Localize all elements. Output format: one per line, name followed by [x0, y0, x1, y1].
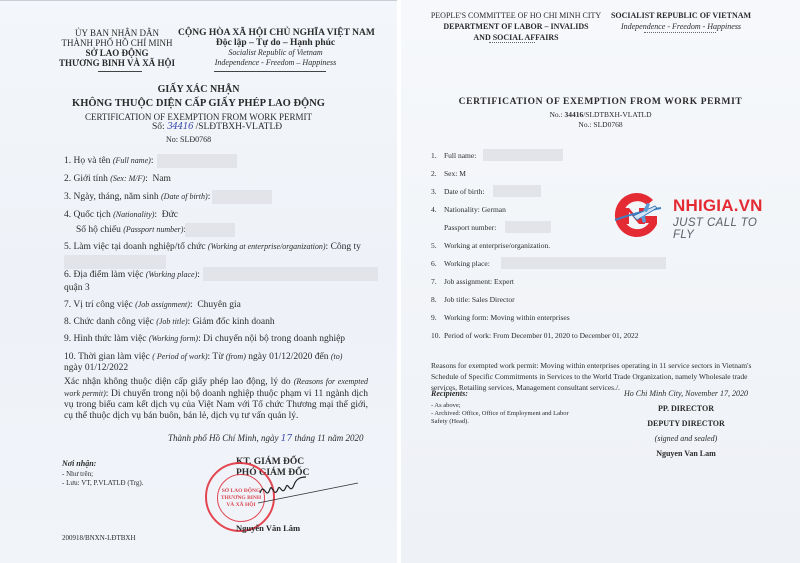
- document-title-en: CERTIFICATION OF EXEMPTION FROM WORK PER…: [0, 112, 397, 122]
- redacted-passport-number: [505, 221, 551, 233]
- english-certificate-page: PEOPLE'S COMMITTEE OF HO CHI MINH CITY D…: [401, 0, 800, 563]
- signer-note: (signed and sealed): [601, 434, 771, 443]
- motto: Độc lập – Tự do – Hạnh phúc: [178, 38, 373, 48]
- issuer-line: SỞ LAO ĐỘNG: [52, 48, 182, 58]
- redacted-date-of-birth: [212, 190, 272, 204]
- field-working-form: 9.Working form: Moving within enterprise…: [431, 313, 570, 322]
- issuer-header-en: PEOPLE'S COMMITTEE OF HO CHI MINH CITY D…: [421, 10, 611, 43]
- exemption-reason: Xác nhận không thuộc diện cấp giấy phép …: [64, 376, 368, 422]
- header-underline: [98, 71, 142, 72]
- national-motto-en: SOCIALIST REPUBLIC OF VIETNAM Independen…: [606, 10, 756, 32]
- reference-code: 200918/BNXN-LĐTBXH: [62, 534, 136, 542]
- field-working-place: 6.Working place:: [431, 259, 490, 268]
- redacted-passport-number: [185, 223, 235, 237]
- recipient-item: - As above;: [431, 402, 571, 410]
- field-working-place: 6. Địa điểm làm việc (Working place):: [64, 270, 200, 280]
- country-name: CỘNG HÒA XÃ HỘI CHỦ NGHĨA VIỆT NAM: [178, 28, 373, 38]
- brand-tagline: JUST CALL TO FLY: [673, 217, 769, 241]
- issuer-line: THƯƠNG BINH VÀ XÃ HỘI: [52, 58, 182, 68]
- field-passport-number: Số hộ chiếu (Passport number):: [76, 225, 186, 235]
- country-name-en: Socialist Republic of Vietnam: [178, 48, 373, 58]
- signer-name: Nguyen Van Lam: [601, 449, 771, 458]
- document-subtitle: KHÔNG THUỘC DIỆN CẤP GIẤY PHÉP LAO ĐỘNG: [0, 98, 397, 109]
- field-date-of-birth: 3. Ngày, tháng, năm sinh (Date of birth)…: [64, 192, 210, 202]
- field-job-title: 8.Job title: Sales Director: [431, 295, 515, 304]
- header-divider: [644, 32, 716, 33]
- field-enterprise: 5.Working at enterprise/organization.: [431, 241, 550, 250]
- issue-date-line: Thành phố Hồ Chí Minh, ngày 17 tháng 11 …: [168, 433, 364, 444]
- field-job-assignment: 7. Vị trí công việc (Job assignment): Ch…: [64, 300, 241, 310]
- issuer-line: PEOPLE'S COMMITTEE OF HO CHI MINH CITY: [421, 10, 611, 21]
- brand-name: NHIGIA.VN: [673, 196, 763, 216]
- motto: Independence - Freedom - Happiness: [606, 21, 756, 32]
- handwritten-day: 17: [281, 434, 292, 444]
- recipient-item: - Archived: Office, Office of Employment…: [431, 410, 571, 426]
- country-name: SOCIALIST REPUBLIC OF VIETNAM: [606, 10, 756, 21]
- field-date-of-birth: 3.Date of birth:: [431, 187, 484, 196]
- nhigia-logo: NHIGIA.VN JUST CALL TO FLY: [609, 190, 769, 242]
- document-code: No: SLĐ0768: [166, 135, 211, 144]
- field-enterprise: 5. Làm việc tại doanh nghiệp/tổ chức (Wo…: [64, 242, 361, 252]
- field-working-form: 9. Hình thức làm việc (Working form): Di…: [64, 334, 345, 344]
- redacted-full-name: [157, 154, 237, 168]
- field-sex: 2.Sex: M: [431, 169, 466, 178]
- signature-icon: [250, 471, 360, 511]
- recipient-item: - Lưu: VT, P.VLATLĐ (Trg).: [62, 479, 144, 487]
- document-code: No.: SLD0768: [401, 120, 800, 129]
- national-motto-vi: CỘNG HÒA XÃ HỘI CHỦ NGHĨA VIỆT NAM Độc l…: [178, 28, 373, 68]
- recipient-item: - Như trên;: [62, 470, 93, 478]
- field-nationality: 4.Nationality: German: [431, 205, 506, 214]
- document-number: No.: 34416/SLDTBXH-VLATLD: [401, 110, 800, 119]
- redacted-full-name: [483, 149, 563, 161]
- issuer-line: DEPARTMENT OF LABOR – INVALIDS: [421, 21, 611, 32]
- field-passport-number: Passport number:: [444, 223, 496, 232]
- issuer-header-vi: ỦY BAN NHÂN DÂN THÀNH PHỐ HỒ CHÍ MINH SỞ…: [52, 28, 182, 68]
- field-full-name: 1.Full name:: [431, 151, 476, 160]
- redacted-working-place: [203, 267, 378, 281]
- field-full-name: 1. Họ và tên (Full name):: [64, 156, 153, 166]
- field-job-assignment: 7.Job assignment: Expert: [431, 277, 514, 286]
- header-underline: [214, 71, 326, 72]
- recipients-title: Nơi nhận:: [62, 459, 96, 468]
- issuer-line: ỦY BAN NHÂN DÂN: [52, 28, 182, 38]
- field-period-of-work: 10.Period of work: From December 01, 202…: [431, 331, 639, 340]
- issuer-line: THÀNH PHỐ HỒ CHÍ MINH: [52, 38, 182, 48]
- working-place-continuation: quận 3: [64, 283, 90, 293]
- signer-name: Nguyễn Văn Lâm: [236, 523, 300, 533]
- document-title: GIẤY XÁC NHẬN: [0, 84, 397, 95]
- field-job-title: 8. Chức danh công việc (Job title): Giám…: [64, 317, 275, 327]
- redacted-date-of-birth: [493, 185, 541, 197]
- vietnamese-certificate-page: ỦY BAN NHÂN DÂN THÀNH PHỐ HỒ CHÍ MINH SỞ…: [0, 0, 397, 563]
- field-sex: 2. Giới tính (Sex: M/F): Nam: [64, 174, 171, 184]
- signer-title: PP. DIRECTOR: [601, 404, 771, 413]
- document-number: Số: 34416 /SLĐTBXH-VLATLĐ: [152, 122, 282, 132]
- field-period-of-work: 10. Thời gian làm việc ( Period of work)…: [64, 351, 368, 374]
- g-plane-logo-icon: [609, 190, 671, 242]
- handwritten-number: 34416: [167, 122, 193, 132]
- signer-subtitle: DEPUTY DIRECTOR: [601, 419, 771, 428]
- motto-en: Independence - Freedom – Happiness: [178, 58, 373, 68]
- redacted-working-place: [501, 257, 666, 269]
- field-nationality: 4. Quốc tịch (Nationality): Đức: [64, 210, 178, 220]
- recipients-title: Recipients:: [431, 389, 468, 398]
- issue-date-line: Ho Chi Minh City, November 17, 2020: [601, 389, 771, 398]
- header-divider: [489, 42, 535, 43]
- document-title: CERTIFICATION OF EXEMPTION FROM WORK PER…: [401, 97, 800, 107]
- redacted-enterprise: [64, 255, 166, 269]
